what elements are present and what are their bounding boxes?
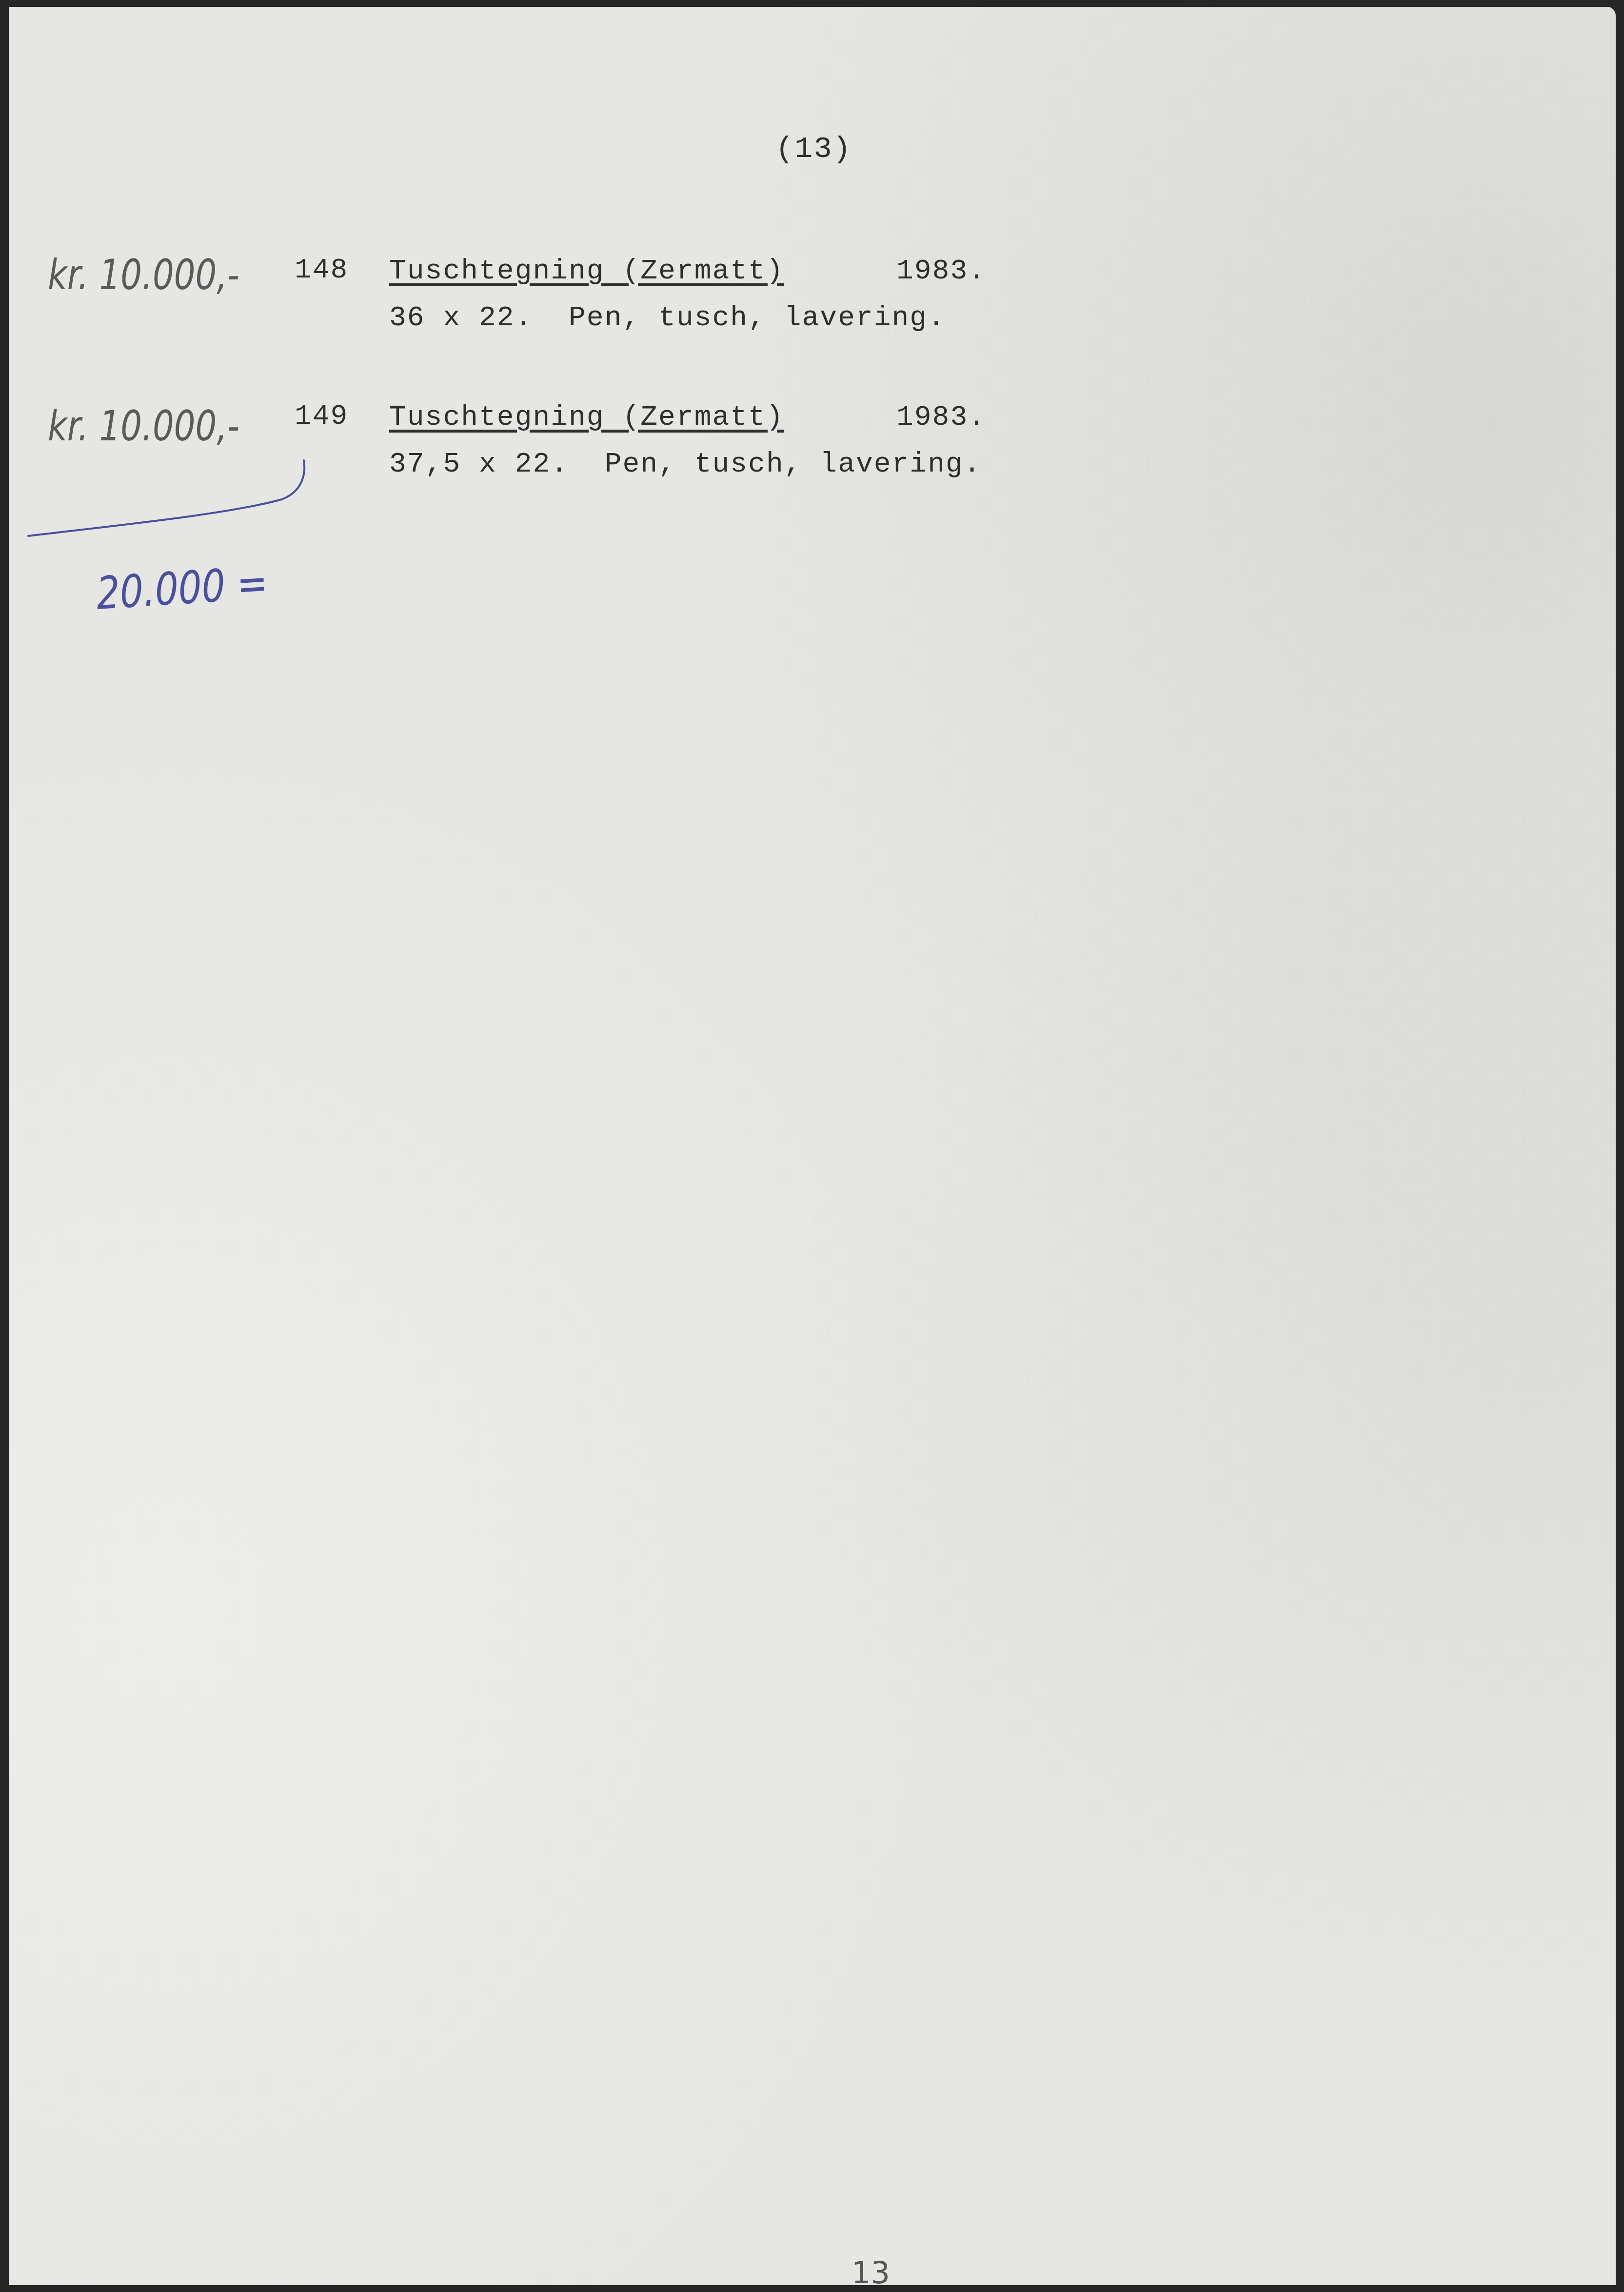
footer-page-number: 13 — [852, 2255, 890, 2291]
sum-line-stroke — [9, 7, 1616, 2285]
document-page: (13) kr. 10.000,- 148 Tuschtegning (Zerm… — [9, 7, 1616, 2285]
total-note: 20.000 = — [96, 557, 269, 620]
